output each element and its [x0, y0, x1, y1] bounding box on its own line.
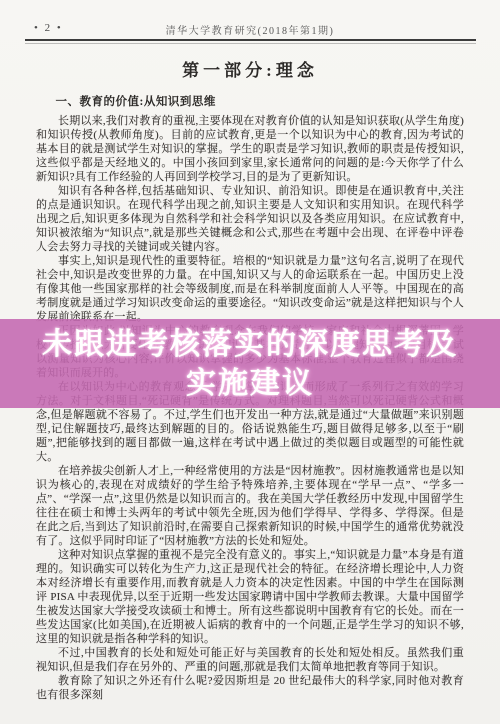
journal-page: • 2 • 清华大学教育研究(2018年第1期) 第一部分:理念 一、教育的价值… — [0, 0, 500, 724]
banner-line-2: 实施建议 — [186, 364, 314, 403]
article-paragraph: 这种对知识点掌握的重视不是完全没有意义的。事实上,“知识就是力量”本身是有道理的… — [36, 548, 464, 646]
page-number: • 2 • — [34, 22, 63, 34]
article-heading: 一、教育的价值:从知识到思维 — [36, 93, 464, 109]
header-rule — [25, 39, 476, 44]
article-paragraph: 不过,中国教育的长处和短处可能正好与美国教育的长处和短处相反。虽然我们重视知识,… — [36, 646, 464, 674]
article-paragraph: 在培养拔尖创新人才上,一种经常使用的方法是“因材施教”。因材施教通常也是以知识为… — [36, 464, 464, 548]
article-paragraph: 事实上,知识是现代性的重要特征。培根的“知识就是力量”这句名言,说明了在现代社会… — [36, 254, 464, 324]
article-paragraph: 知识有各种各样,包括基础知识、专业知识、前沿知识。即使是在通识教育中,关注的点是… — [36, 184, 464, 254]
journal-title: 清华大学教育研究(2018年第1期) — [28, 22, 472, 37]
headline-banner: 未跟进考核落实的深度思考及 实施建议 — [0, 319, 500, 408]
article-paragraph: 教育除了知识之外还有什么呢?爱因斯坦是 20 世纪最伟大的科学家,同时他对教育也… — [36, 674, 464, 702]
banner-line-1: 未跟进考核落实的深度思考及 — [42, 325, 458, 364]
section-title: 第一部分:理念 — [36, 56, 464, 81]
page-header: • 2 • 清华大学教育研究(2018年第1期) — [28, 22, 472, 36]
article-paragraph: 长期以来,我们对教育的重视,主要体现在对教育价值的认知是知识获取(从学生角度)和… — [36, 114, 464, 184]
